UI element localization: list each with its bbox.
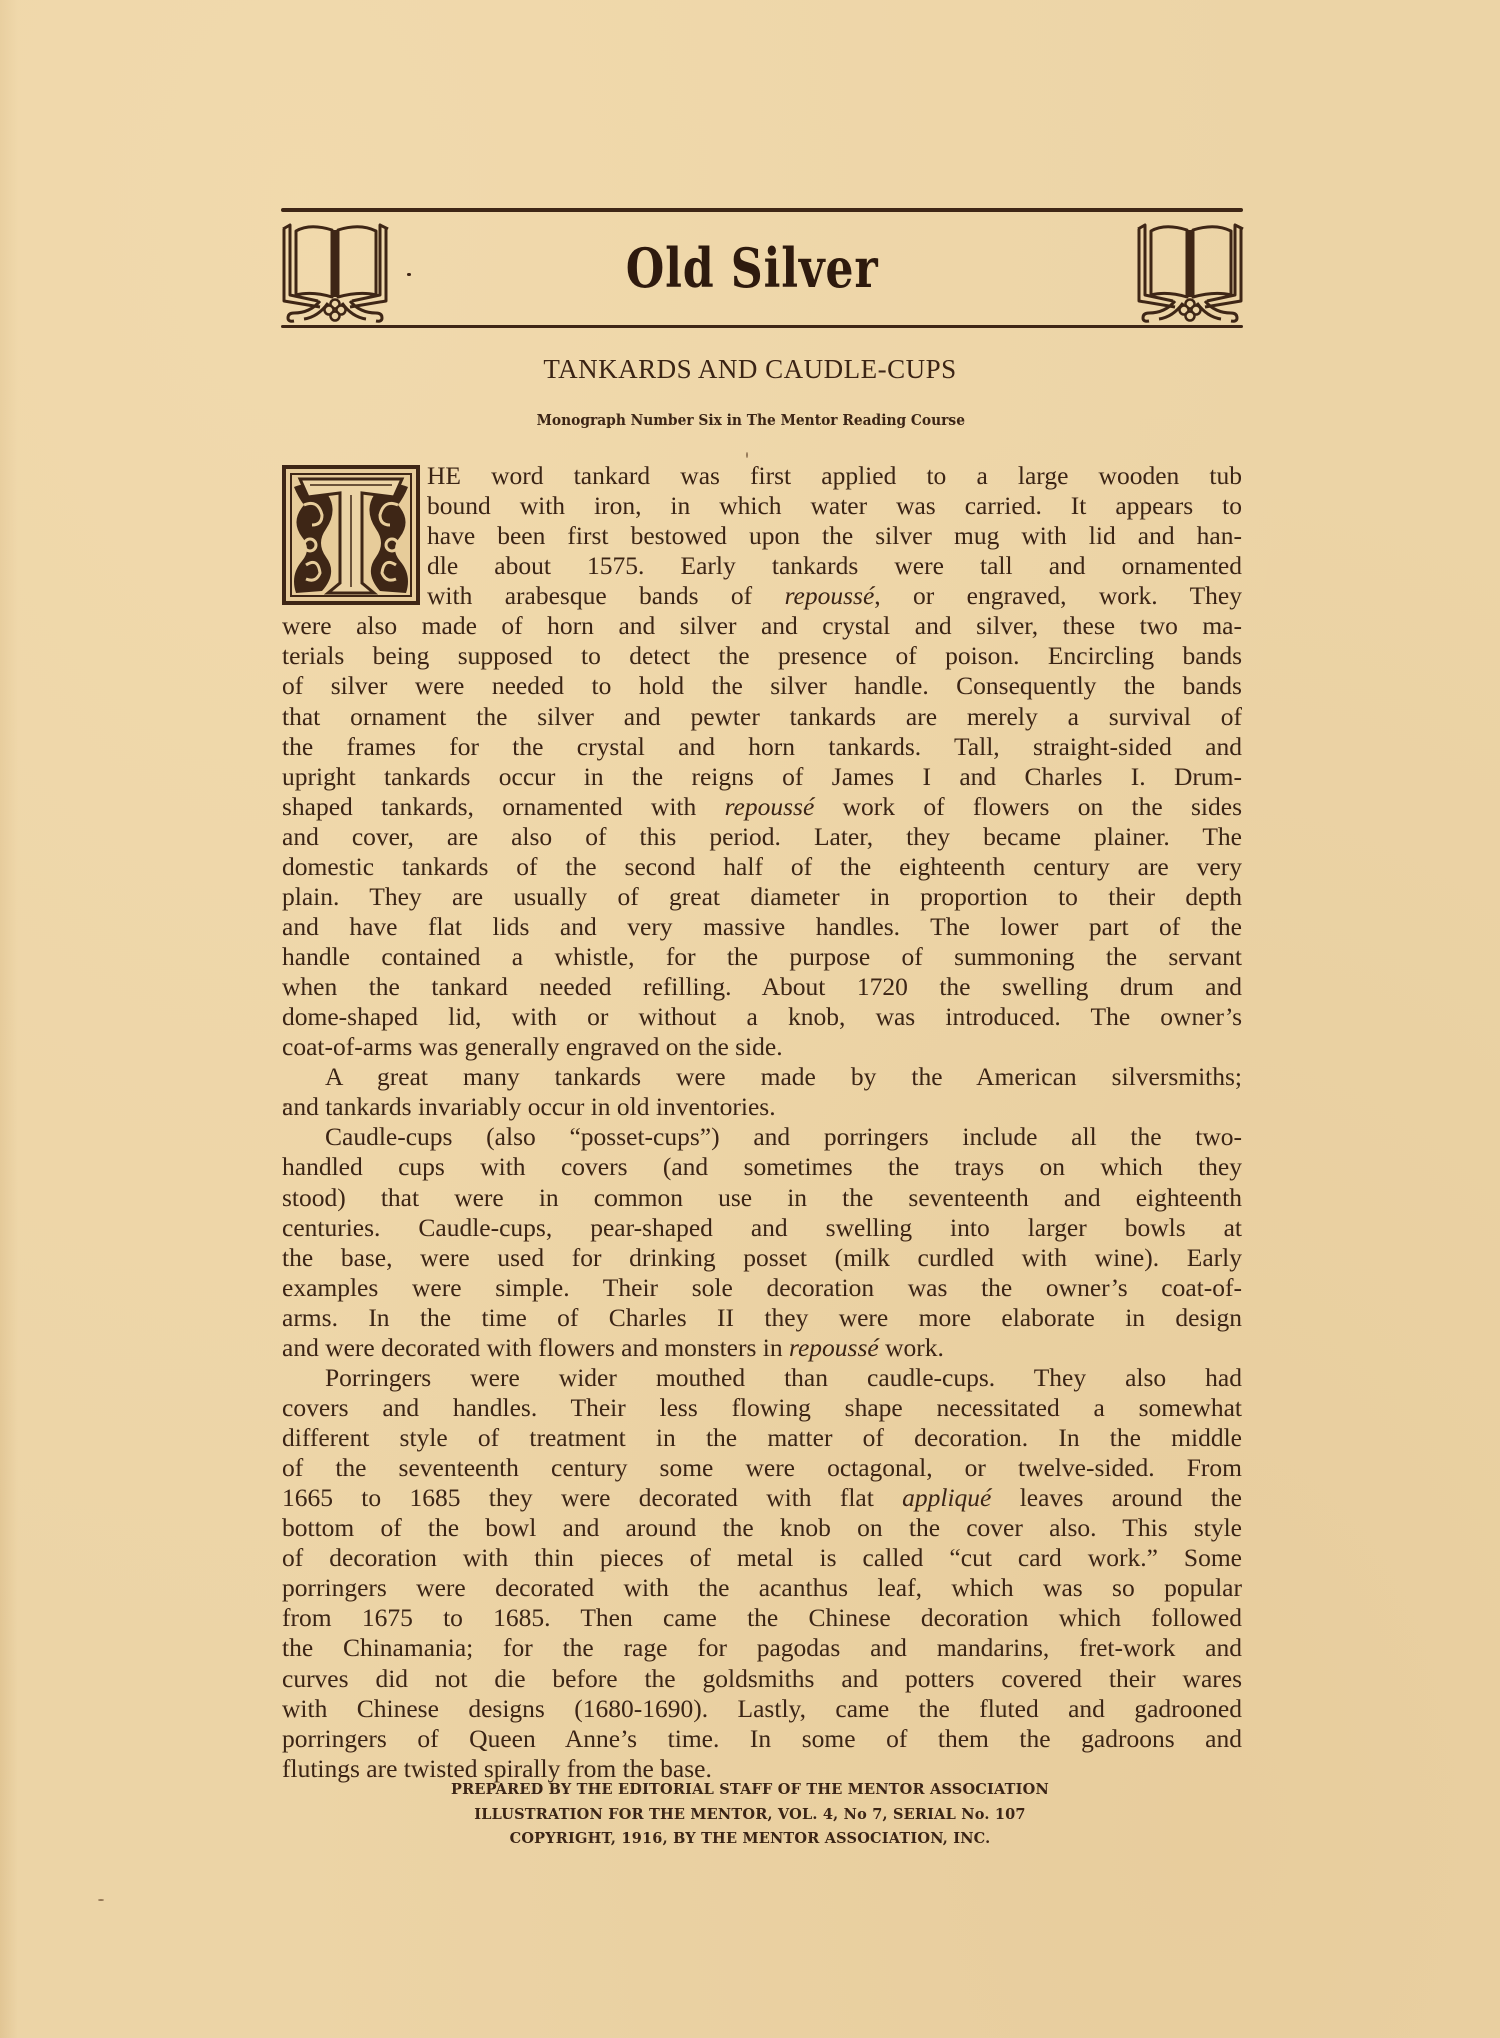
header-top-rule — [281, 208, 1243, 212]
body-line: with arabesque bands of repoussé, or eng… — [282, 581, 1242, 611]
body-line: stood) that were in common use in the se… — [282, 1183, 1242, 1213]
monograph-caption: Monograph Number Six in The Mentor Readi… — [61, 411, 1441, 429]
paper-speck — [746, 452, 748, 458]
body-line: terials being supposed to detect the pre… — [282, 641, 1242, 671]
body-line: dome-shaped lid, with or without a knob,… — [282, 1002, 1242, 1032]
body-line: and cover, are also of this period. Late… — [282, 822, 1242, 852]
body-line: handled cups with covers (and sometimes … — [282, 1152, 1242, 1182]
body-line: Porringers were wider mouthed than caudl… — [282, 1363, 1242, 1393]
body-line: of the seventeenth century some were oct… — [282, 1453, 1242, 1483]
body-line: plain. They are usually of great diamete… — [282, 882, 1242, 912]
body-line: A great many tankards were made by the A… — [282, 1062, 1242, 1092]
body-line: of silver were needed to hold the silver… — [282, 671, 1242, 701]
body-line: curves did not die before the goldsmiths… — [282, 1664, 1242, 1694]
body-line: coat-of-arms was generally engraved on t… — [282, 1032, 1242, 1062]
body-line: the base, were used for drinking posset … — [282, 1243, 1242, 1273]
body-line: dle about 1575. Early tankards were tall… — [282, 551, 1242, 581]
body-line: of decoration with thin pieces of metal … — [282, 1543, 1242, 1573]
body-line: examples were simple. Their sole decorat… — [282, 1273, 1242, 1303]
footer-illustration: ILLUSTRATION FOR THE MENTOR, VOL. 4, No … — [0, 1803, 1500, 1828]
paper-speck — [283, 1103, 287, 1107]
body-line: bound with iron, in which water was carr… — [282, 491, 1242, 521]
body-line: with Chinese designs (1680-1690). Lastly… — [282, 1694, 1242, 1724]
body-line: Caudle-cups (also “posset-cups”) and por… — [282, 1122, 1242, 1152]
article-body: HE word tankard was first applied to a l… — [282, 461, 1242, 1784]
body-line: and tankards invariably occur in old inv… — [282, 1092, 1242, 1122]
body-line: HE word tankard was first applied to a l… — [282, 461, 1242, 491]
body-line: 1665 to 1685 they were decorated with fl… — [282, 1483, 1242, 1513]
body-line: different style of treatment in the matt… — [282, 1423, 1242, 1453]
body-line: upright tankards occur in the reigns of … — [282, 762, 1242, 792]
italic-term: repoussé — [725, 792, 815, 821]
body-line: and were decorated with flowers and mons… — [282, 1333, 1242, 1363]
body-line: porringers were decorated with the acant… — [282, 1573, 1242, 1603]
body-line: from 1675 to 1685. Then came the Chinese… — [282, 1603, 1242, 1633]
body-line: handle contained a whistle, for the purp… — [282, 942, 1242, 972]
body-line: were also made of horn and silver and cr… — [282, 611, 1242, 641]
section-subtitle: TANKARDS AND CAUDLE-CUPS — [0, 354, 1500, 385]
body-line: the frames for the crystal and horn tank… — [282, 732, 1242, 762]
italic-term: repoussé — [785, 581, 875, 610]
body-line: that ornament the silver and pewter tank… — [282, 702, 1242, 732]
paper-speck — [98, 1899, 104, 1901]
credits-footer: PREPARED BY THE EDITORIAL STAFF OF THE M… — [0, 1778, 1500, 1852]
body-line: and have flat lids and very massive hand… — [282, 912, 1242, 942]
body-line: domestic tankards of the second half of … — [282, 852, 1242, 882]
open-book-ornament-icon — [1135, 217, 1245, 323]
body-line: the Chinamania; for the rage for pagodas… — [282, 1633, 1242, 1663]
body-line: centuries. Caudle-cups, pear-shaped and … — [282, 1213, 1242, 1243]
italic-term: appliqué — [902, 1483, 991, 1512]
body-line: arms. In the time of Charles II they wer… — [282, 1303, 1242, 1333]
body-line: when the tankard needed refilling. About… — [282, 972, 1242, 1002]
body-line: have been first bestowed upon the silver… — [282, 521, 1242, 551]
body-line: shaped tankards, ornamented with repouss… — [282, 792, 1242, 822]
italic-term: repoussé — [789, 1333, 879, 1362]
body-line: porringers of Queen Anne’s time. In some… — [282, 1724, 1242, 1754]
footer-prepared-by: PREPARED BY THE EDITORIAL STAFF OF THE M… — [0, 1778, 1500, 1803]
body-line: bottom of the bowl and around the knob o… — [282, 1513, 1242, 1543]
body-line: covers and handles. Their less flowing s… — [282, 1393, 1242, 1423]
footer-copyright: COPYRIGHT, 1916, BY THE MENTOR ASSOCIATI… — [0, 1827, 1500, 1852]
header-bottom-rule — [281, 325, 1243, 328]
